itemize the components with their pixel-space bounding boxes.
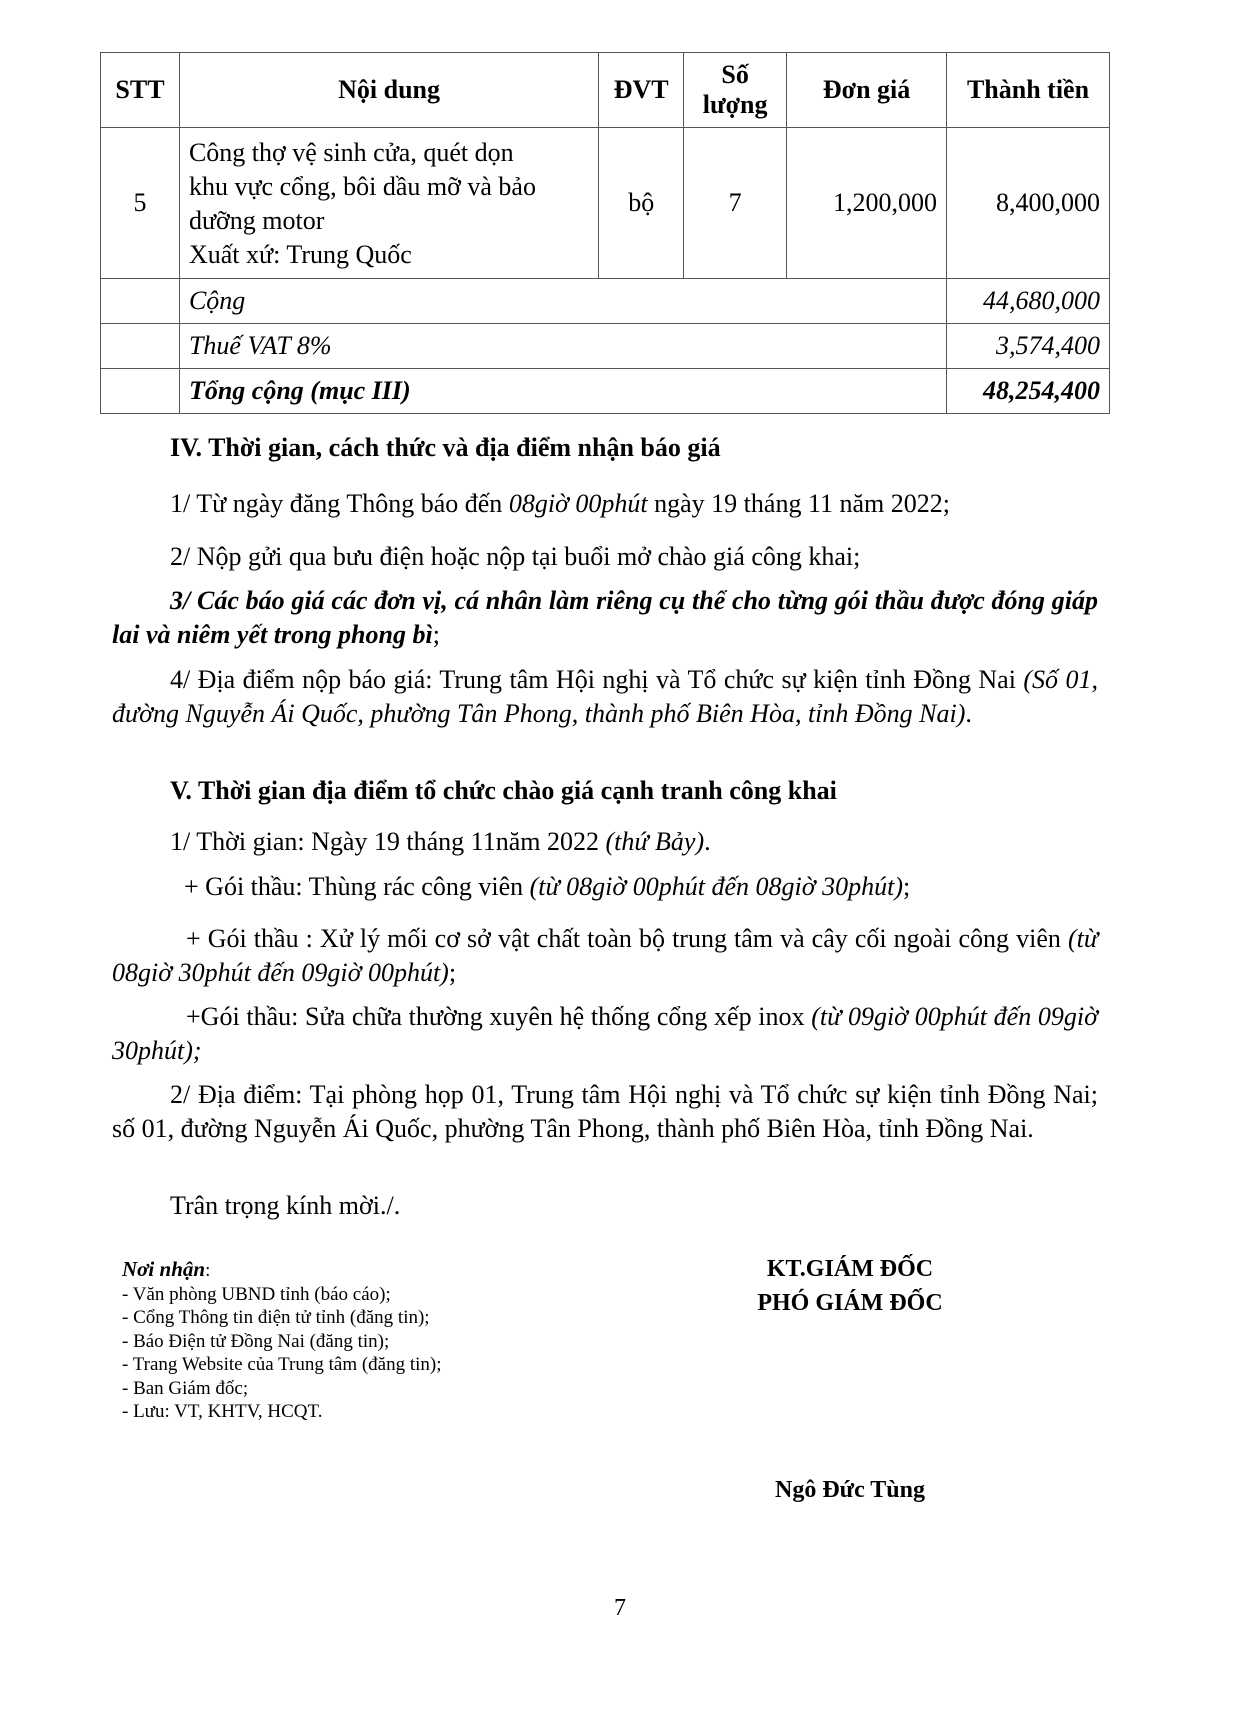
- section-iv-item-2: 2/ Nộp gửi qua bưu điện hoặc nộp tại buổ…: [112, 540, 1098, 574]
- noi-dung-line: dưỡng motor: [189, 204, 589, 238]
- text-bold-italic: 3/ Các báo giá các đơn vị, cá nhân làm r…: [112, 586, 1098, 649]
- section-iv-item-1: 1/ Từ ngày đăng Thông báo đến 08giờ 00ph…: [112, 487, 1098, 521]
- text: ;: [903, 872, 910, 901]
- recipient-item: - Báo Điện tử Đồng Nai (đăng tin);: [122, 1330, 442, 1354]
- document-page: STT Nội dung ĐVT Số lượng Đơn giá Thành …: [0, 0, 1240, 1713]
- closing: Trân trọng kính mời./.: [112, 1189, 1098, 1223]
- subtotal-value: 44,680,000: [947, 279, 1110, 324]
- quote-table: STT Nội dung ĐVT Số lượng Đơn giá Thành …: [100, 52, 1110, 414]
- table-header-row: STT Nội dung ĐVT Số lượng Đơn giá Thành …: [101, 53, 1110, 128]
- header-thanh-tien: Thành tiền: [947, 53, 1110, 128]
- cell-dvt: bộ: [599, 128, 684, 279]
- signer-name: Ngô Đức Tùng: [700, 1473, 1000, 1507]
- package-1: + Gói thầu: Thùng rác công viên (từ 08gi…: [112, 870, 1098, 904]
- header-noi-dung: Nội dung: [179, 53, 598, 128]
- section-v-item-2: 2/ Địa điểm: Tại phòng họp 01, Trung tâm…: [112, 1078, 1098, 1146]
- text: .: [704, 827, 711, 856]
- header-so-luong: Số lượng: [684, 53, 787, 128]
- text-italic: 08giờ 00phút: [509, 489, 648, 518]
- total-value: 48,254,400: [947, 369, 1110, 414]
- vat-value: 3,574,400: [947, 324, 1110, 369]
- cell-don-gia: 1,200,000: [787, 128, 947, 279]
- summary-row-total: Tổng cộng (mục III) 48,254,400: [101, 369, 1110, 414]
- page-number: 7: [0, 1595, 1240, 1622]
- recipients-title-text: Nơi nhận: [122, 1257, 205, 1281]
- summary-row-vat: Thuế VAT 8% 3,574,400: [101, 324, 1110, 369]
- text: 4/ Địa điểm nộp báo giá: Trung tâm Hội n…: [170, 665, 1023, 694]
- section-v-heading: V. Thời gian địa điểm tổ chức chào giá c…: [170, 774, 1156, 808]
- total-label: Tổng cộng (mục III): [179, 369, 946, 414]
- section-iv-item-4: 4/ Địa điểm nộp báo giá: Trung tâm Hội n…: [112, 663, 1098, 731]
- cell-empty: [101, 279, 180, 324]
- section-iv-heading: IV. Thời gian, cách thức và địa điểm nhậ…: [170, 431, 1156, 465]
- text: + Gói thầu : Xử lý mối cơ sở vật chất to…: [186, 924, 1068, 953]
- cell-stt: 5: [101, 128, 180, 279]
- cell-so-luong: 7: [684, 128, 787, 279]
- header-dvt: ĐVT: [599, 53, 684, 128]
- package-3: +Gói thầu: Sửa chữa thường xuyên hệ thốn…: [112, 1000, 1098, 1068]
- package-2: + Gói thầu : Xử lý mối cơ sở vật chất to…: [112, 922, 1098, 990]
- noi-dung-line: Công thợ vệ sinh cửa, quét dọn: [189, 136, 589, 170]
- section-v-item-1: 1/ Thời gian: Ngày 19 tháng 11năm 2022 (…: [112, 825, 1098, 859]
- signature-line-2: PHÓ GIÁM ĐỐC: [700, 1286, 1000, 1320]
- cell-empty: [101, 369, 180, 414]
- vat-label: Thuế VAT 8%: [179, 324, 946, 369]
- section-iv-item-3: 3/ Các báo giá các đơn vị, cá nhân làm r…: [112, 584, 1098, 652]
- header-don-gia: Đơn giá: [787, 53, 947, 128]
- signature-line-1: KT.GIÁM ĐỐC: [700, 1252, 1000, 1286]
- header-so-luong-line1: Số: [693, 60, 777, 90]
- noi-dung-line: khu vực cổng, bôi dầu mỡ và bảo: [189, 170, 589, 204]
- header-so-luong-line2: lượng: [693, 90, 777, 120]
- recipient-item: - Lưu: VT, KHTV, HCQT.: [122, 1400, 442, 1424]
- signature-title: KT.GIÁM ĐỐC PHÓ GIÁM ĐỐC: [700, 1252, 1000, 1320]
- recipients-title-suffix: :: [205, 1260, 210, 1281]
- text-italic: (thứ Bảy): [605, 827, 704, 856]
- subtotal-label: Cộng: [179, 279, 946, 324]
- summary-row-subtotal: Cộng 44,680,000: [101, 279, 1110, 324]
- text-italic: (từ 08giờ 00phút đến 08giờ 30phút): [530, 872, 903, 901]
- cell-empty: [101, 324, 180, 369]
- recipients-title: Nơi nhận:: [122, 1258, 442, 1283]
- cell-thanh-tien: 8,400,000: [947, 128, 1110, 279]
- table-row: 5 Công thợ vệ sinh cửa, quét dọn khu vực…: [101, 128, 1110, 279]
- text: ngày 19 tháng 11 năm 2022;: [648, 489, 950, 518]
- text: + Gói thầu: Thùng rác công viên: [184, 872, 530, 901]
- recipient-item: - Trang Website của Trung tâm (đăng tin)…: [122, 1353, 442, 1377]
- recipient-item: - Cổng Thông tin điện tử tỉnh (đăng tin)…: [122, 1306, 442, 1330]
- text: +Gói thầu: Sửa chữa thường xuyên hệ thốn…: [186, 1002, 811, 1031]
- recipient-item: - Ban Giám đốc;: [122, 1377, 442, 1401]
- text: 1/ Thời gian: Ngày 19 tháng 11năm 2022: [170, 827, 605, 856]
- text: ;: [433, 620, 440, 649]
- text: ;: [449, 958, 456, 987]
- header-stt: STT: [101, 53, 180, 128]
- recipient-item: - Văn phòng UBND tỉnh (báo cáo);: [122, 1283, 442, 1307]
- recipients-block: Nơi nhận: - Văn phòng UBND tỉnh (báo cáo…: [122, 1258, 442, 1424]
- cell-noi-dung: Công thợ vệ sinh cửa, quét dọn khu vực c…: [179, 128, 598, 279]
- text: 1/ Từ ngày đăng Thông báo đến: [170, 489, 509, 518]
- noi-dung-line: Xuất xứ: Trung Quốc: [189, 238, 589, 272]
- text: .: [965, 699, 972, 728]
